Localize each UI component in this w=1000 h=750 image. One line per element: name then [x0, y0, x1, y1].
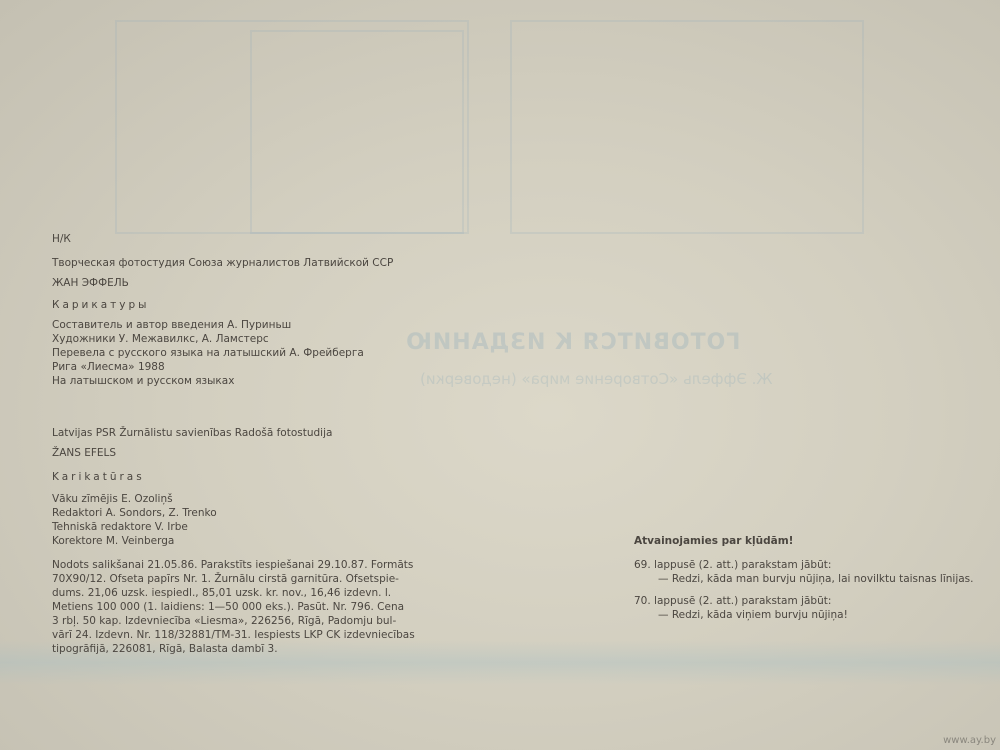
russian-credit-line: Перевела с русского языка на латышский А…	[52, 346, 412, 360]
latvian-credit-line: Redaktori A. Sondors, Z. Trenko	[52, 506, 412, 520]
show-through-frame-middle	[250, 30, 464, 234]
russian-title: Карикатуры	[52, 298, 412, 312]
russian-credits: Составитель и автор введения А. Пуриньш …	[52, 318, 412, 388]
imprint-line: Nodots salikšanai 21.05.86. Parakstīts i…	[52, 558, 402, 572]
russian-author: ЖАН ЭФФЕЛЬ	[52, 276, 412, 290]
errata-text: — Redzi, kāda viņiem burvju nūjiņa!	[634, 608, 994, 622]
imprint-line: tipogrāfijā, 226081, Rīgā, Balasta dambī…	[52, 642, 402, 656]
russian-credit-line: На латышском и русском языках	[52, 374, 412, 388]
colophon: Н/К Творческая фотостудия Союза журналис…	[52, 232, 412, 656]
latvian-studio: Latvijas PSR Žurnālistu savienības Radoš…	[52, 426, 412, 440]
errata-ref: 70. lappusē (2. att.) parakstam jābūt:	[634, 594, 994, 608]
imprint-line: dums. 21,06 uzsk. iespiedl., 85,01 uzsk.…	[52, 586, 402, 600]
show-through-subtitle: Ж. Эффель «Сотворение мира» (недоверки)	[420, 370, 773, 388]
russian-code: Н/К	[52, 232, 412, 246]
show-through-title: ГОТОВИТСЯ К ИЗДАНИЮ	[405, 330, 740, 355]
russian-studio: Творческая фотостудия Союза журналистов …	[52, 256, 412, 270]
errata: Atvainojamies par kļūdām! 69. lappusē (2…	[634, 534, 994, 622]
latvian-credit-line: Vāku zīmējis E. Ozoliņš	[52, 492, 412, 506]
show-through-frame-left	[115, 20, 469, 234]
imprint-line: 70X90/12. Ofseta papīrs Nr. 1. Žurnālu c…	[52, 572, 402, 586]
errata-ref: 69. lappusē (2. att.) parakstam jābūt:	[634, 558, 994, 572]
errata-text: — Redzi, kāda man burvju nūjiņa, lai nov…	[634, 572, 994, 586]
imprint-line: vārī 24. Izdevn. Nr. 118/32881/TM-31. Ie…	[52, 628, 402, 642]
imprint-line: Metiens 100 000 (1. laidiens: 1—50 000 e…	[52, 600, 402, 614]
latvian-title: Karikatūras	[52, 470, 412, 484]
show-through-frame-right	[510, 20, 864, 234]
imprint-line: 3 rbļ. 50 kap. Izdevniecība «Liesma», 22…	[52, 614, 402, 628]
latvian-author: ŽANS EFELS	[52, 446, 412, 460]
watermark: www.ay.by	[943, 735, 996, 746]
russian-credit-line: Составитель и автор введения А. Пуриньш	[52, 318, 412, 332]
latvian-credit-line: Korektore M. Veinberga	[52, 534, 412, 548]
russian-credit-line: Художники У. Межавилкс, А. Ламстерс	[52, 332, 412, 346]
russian-credit-line: Рига «Лиесма» 1988	[52, 360, 412, 374]
latvian-credits: Vāku zīmējis E. Ozoliņš Redaktori A. Son…	[52, 492, 412, 548]
imprint: Nodots salikšanai 21.05.86. Parakstīts i…	[52, 558, 402, 656]
latvian-credit-line: Tehniskā redaktore V. Irbe	[52, 520, 412, 534]
errata-heading: Atvainojamies par kļūdām!	[634, 534, 994, 548]
